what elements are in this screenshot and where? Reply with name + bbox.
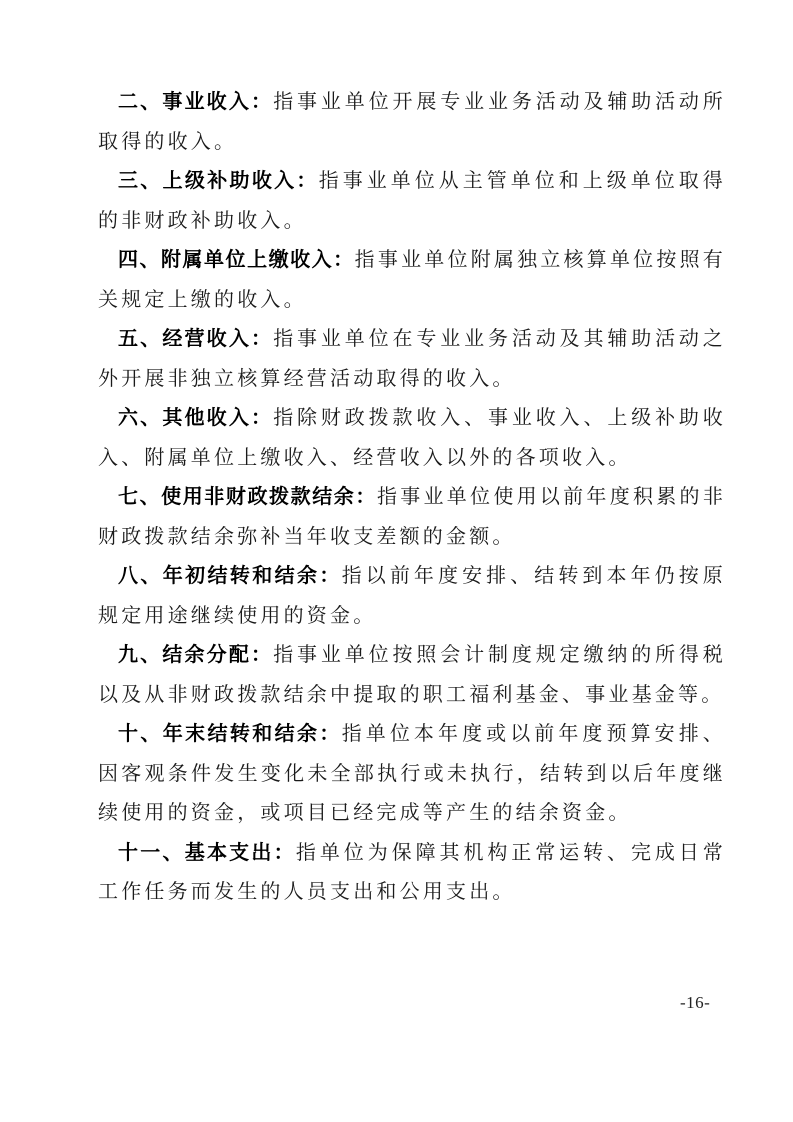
- definition-paragraph-non-fiscal-balance-use: 七、使用非财政拨款结余：指事业单位使用以前年度积累的非财政拨款结余弥补当年收支差…: [98, 477, 726, 556]
- term-label: 四、附属单位上缴收入：: [118, 247, 355, 271]
- term-label: 三、上级补助收入：: [118, 168, 319, 192]
- term-label: 五、经营收入：: [118, 326, 273, 350]
- definition-paragraph-operating-income: 五、经营收入：指事业单位在专业业务活动及其辅助活动之外开展非独立核算经营活动取得…: [98, 319, 726, 398]
- definition-paragraph-closing-carryover: 十、年末结转和结余：指单位本年度或以前年度预算安排、因客观条件发生变化未全部执行…: [98, 714, 726, 833]
- term-label: 八、年初结转和结余：: [118, 563, 342, 587]
- definition-paragraph-opening-carryover: 八、年初结转和结余：指以前年度安排、结转到本年仍按原规定用途继续使用的资金。: [98, 556, 726, 635]
- definition-paragraph-business-income: 二、事业收入：指事业单位开展专业业务活动及辅助活动所取得的收入。: [98, 82, 726, 161]
- term-label: 二、事业收入：: [118, 89, 273, 113]
- term-label: 十、年末结转和结余：: [118, 721, 342, 745]
- definition-paragraph-balance-distribution: 九、结余分配：指事业单位按照会计制度规定缴纳的所得税以及从非财政拨款结余中提取的…: [98, 635, 726, 714]
- definition-paragraph-other-income: 六、其他收入：指除财政拨款收入、事业收入、上级补助收入、附属单位上缴收入、经营收…: [98, 398, 726, 477]
- term-label: 六、其他收入：: [118, 405, 273, 429]
- definition-paragraph-superior-subsidy-income: 三、上级补助收入：指事业单位从主管单位和上级单位取得的非财政补助收入。: [98, 161, 726, 240]
- term-label: 七、使用非财政拨款结余：: [118, 484, 377, 508]
- term-label: 十一、基本支出：: [118, 840, 296, 864]
- page-number: -16-: [680, 993, 710, 1013]
- definition-paragraph-basic-expenditure: 十一、基本支出：指单位为保障其机构正常运转、完成日常工作任务而发生的人员支出和公…: [98, 833, 726, 912]
- definition-paragraph-affiliated-unit-income: 四、附属单位上缴收入：指事业单位附属独立核算单位按照有关规定上缴的收入。: [98, 240, 726, 319]
- term-label: 九、结余分配：: [118, 642, 273, 666]
- document-page: 二、事业收入：指事业单位开展专业业务活动及辅助活动所取得的收入。 三、上级补助收…: [98, 82, 726, 912]
